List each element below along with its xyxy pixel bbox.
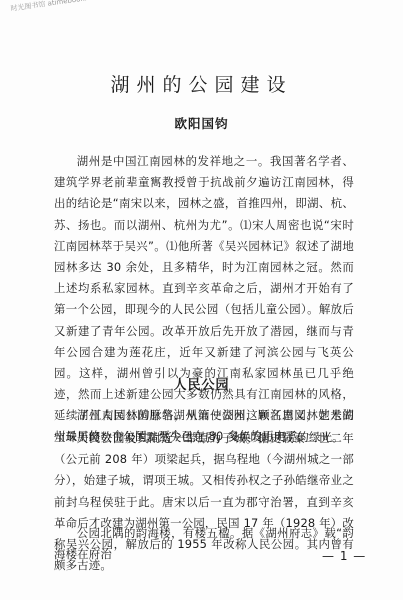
article-title: 湖州的公园建设: [0, 70, 403, 97]
watermark: 时光图书馆 atimebook.com: [10, 0, 102, 14]
section-heading: 人民公园: [0, 374, 403, 393]
paragraph-intro: 湖州是中国江南园林的发祥地之一。我国著名学者、建筑学界老前辈童寯教授曾于抗战前夕…: [54, 151, 354, 448]
paragraph-yunhai-tower: 公园北隅的韵海楼，有楼五楹。据《湖州府志》载“韵海楼在府治: [54, 523, 354, 565]
article-author: 欧阳国钧: [0, 114, 403, 132]
page-number: — 1 —: [322, 549, 366, 563]
